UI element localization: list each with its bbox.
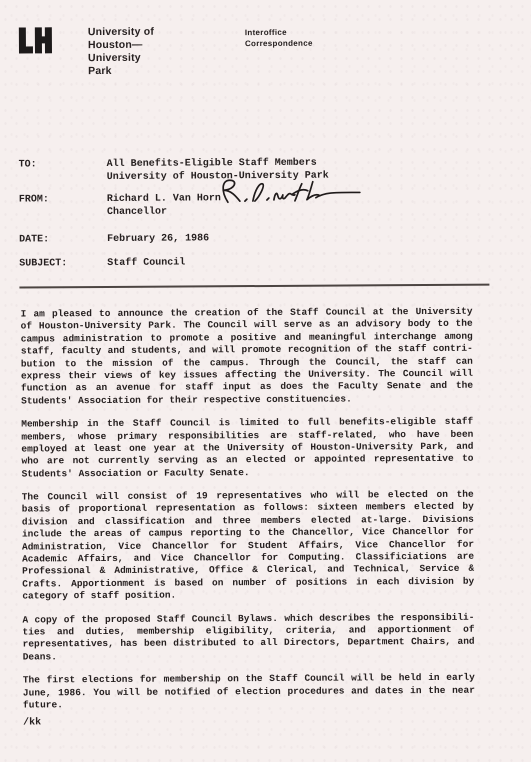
doc-kind-label: Interoffice Correspondence (245, 28, 313, 49)
body-line: Students' Association for their respecti… (21, 392, 473, 407)
from-name: Richard L. Van Horn (107, 192, 221, 206)
university-name-line: Park (88, 65, 154, 78)
paragraph: The Council will consist of 19 represent… (22, 489, 475, 603)
body-line: Students' Association or Faculty Senate. (22, 465, 474, 480)
to-value: All Benefits-Eligible Staff Members Univ… (107, 157, 329, 184)
memo-meta: TO: All Benefits-Eligible Staff Members … (19, 157, 330, 271)
paragraph: A copy of the proposed Staff Council Byl… (22, 611, 474, 663)
body-line: category of staff position. (22, 588, 474, 603)
uh-logo-icon (18, 25, 54, 55)
memo-page: University of Houston— University Park I… (0, 0, 531, 762)
university-name-line: University of (88, 26, 154, 39)
memo-body: I am pleased to announce the creation of… (21, 306, 476, 723)
typist-initials: /kk (23, 717, 41, 728)
meta-row-subject: SUBJECT: Staff Council (19, 256, 329, 271)
to-value-line: University of Houston-University Park (107, 170, 329, 184)
paragraph: The first elections for membership on th… (23, 672, 475, 712)
meta-row-date: DATE: February 26, 1986 (19, 232, 329, 247)
date-value: February 26, 1986 (107, 232, 209, 246)
university-name-line: University (88, 52, 154, 65)
meta-row-from: FROM: Richard L. Van Horn Chancellor (19, 192, 329, 220)
divider-rule (19, 284, 489, 288)
from-label: FROM: (19, 193, 107, 207)
doc-kind-line: Interoffice (245, 28, 313, 39)
university-name-line: Houston— (88, 39, 154, 52)
meta-row-to: TO: All Benefits-Eligible Staff Members … (19, 157, 329, 185)
paragraph: Membership in the Staff Council is limit… (21, 416, 473, 481)
from-value: Richard L. Van Horn Chancellor (107, 192, 221, 219)
subject-label: SUBJECT: (19, 257, 107, 271)
date-label: DATE: (19, 233, 107, 247)
doc-kind-line: Correspondence (245, 38, 313, 49)
paragraph: I am pleased to announce the creation of… (21, 306, 474, 408)
from-title: Chancellor (107, 205, 221, 219)
subject-value: Staff Council (107, 256, 185, 269)
to-label: TO: (19, 158, 107, 172)
university-name: University of Houston— University Park (88, 26, 155, 78)
